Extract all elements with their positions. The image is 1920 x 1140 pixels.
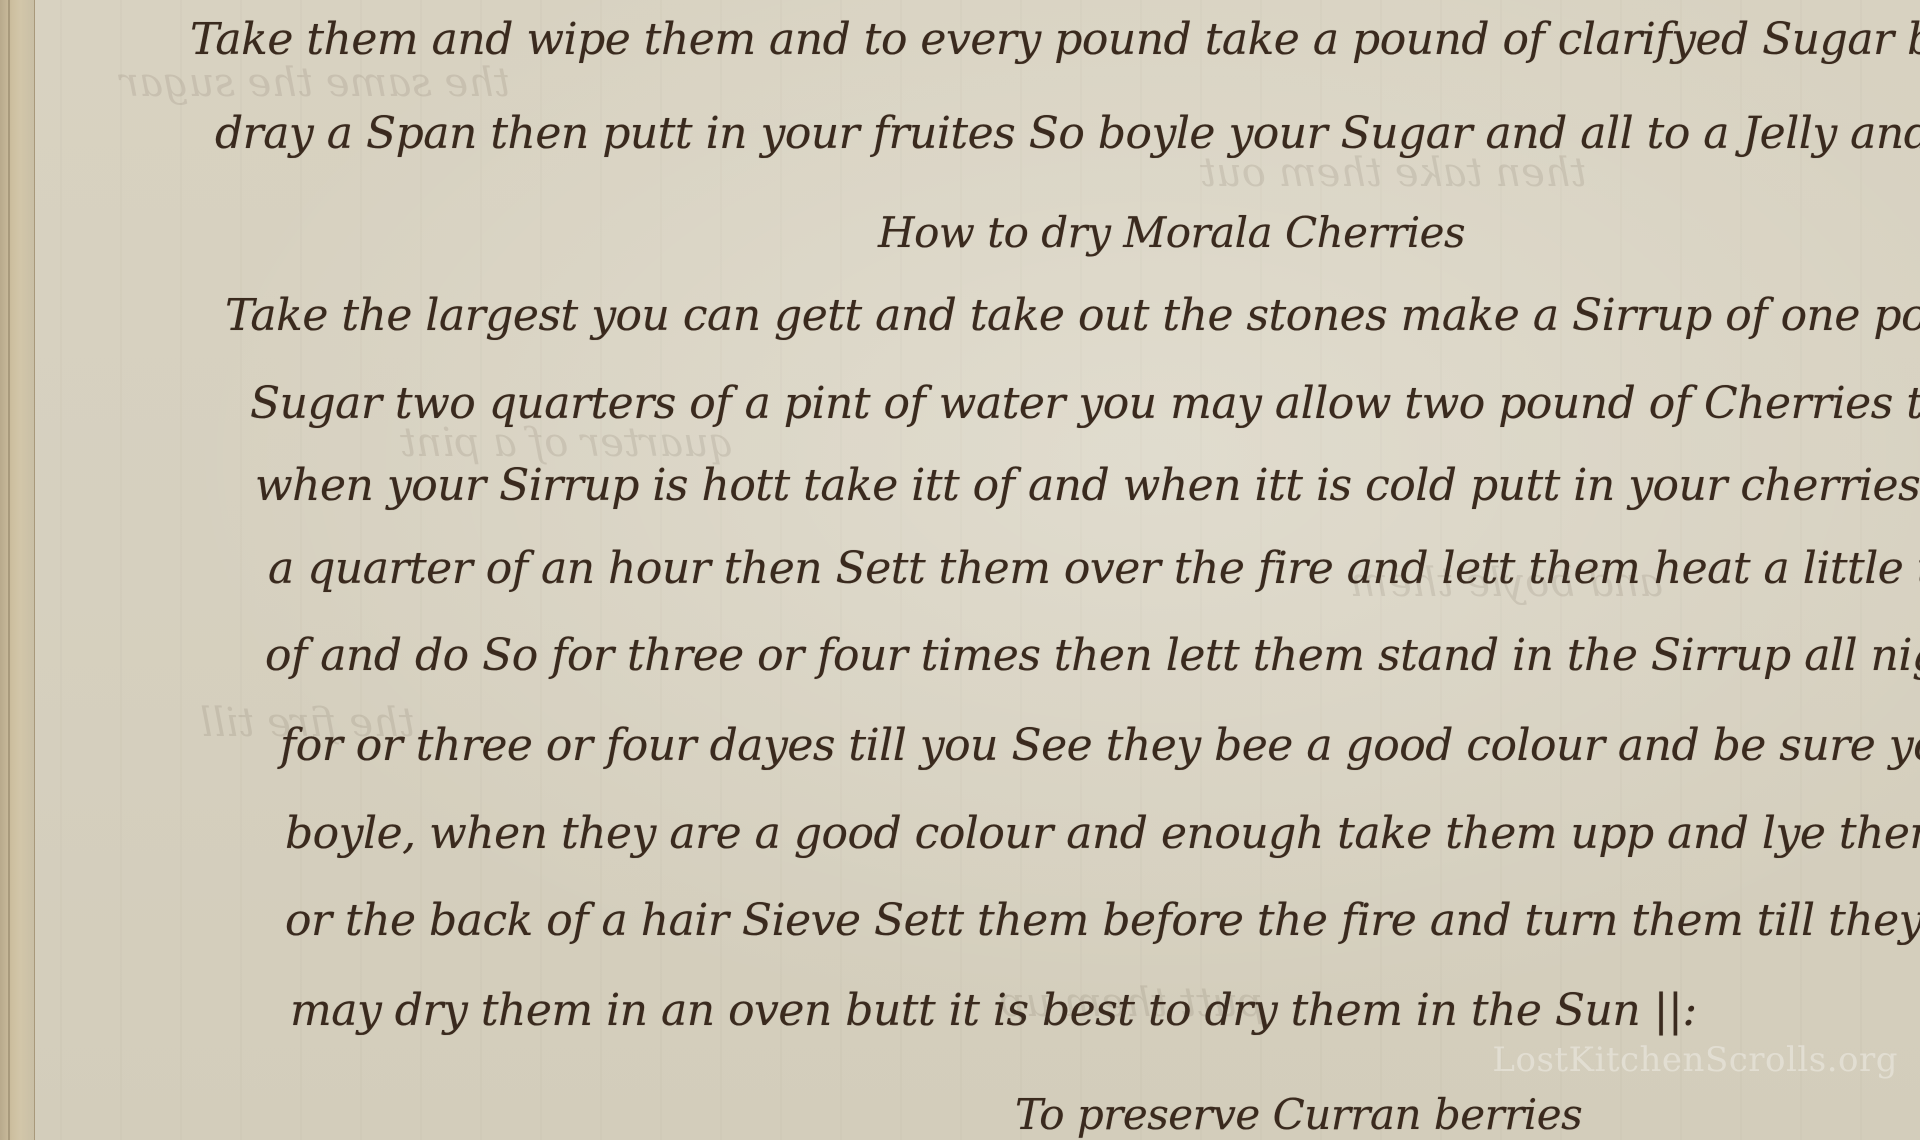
recipe-line: may dry them in an oven butt it is best … bbox=[290, 985, 1697, 1036]
recipe-line: when your Sirrup is hott take itt of and… bbox=[255, 460, 1920, 511]
continuation-line: dray a Span then putt in your fruites So… bbox=[215, 108, 1920, 159]
recipe-line: of and do So for three or four times the… bbox=[265, 630, 1920, 681]
recipe-line: a quarter of an hour then Sett them over… bbox=[268, 543, 1920, 594]
manuscript-page: the same the sugar then take them out qu… bbox=[0, 0, 1920, 1140]
recipe-heading: To preserve Curran berries bbox=[1015, 1090, 1582, 1139]
recipe-line: boyle, when they are a good colour and e… bbox=[285, 808, 1920, 859]
recipe-heading: How to dry Morala Cherries bbox=[878, 208, 1465, 257]
recipe-line: or the back of a hair Sieve Sett them be… bbox=[285, 895, 1920, 946]
recipe-line: Take the largest you can gett and take o… bbox=[225, 290, 1920, 341]
continuation-line: Take them and wipe them and to every pou… bbox=[190, 14, 1920, 65]
recipe-line: Sugar two quarters of a pint of water yo… bbox=[250, 378, 1920, 429]
watermark: LostKitchenScrolls.org bbox=[1492, 1040, 1898, 1080]
page-binding-edge bbox=[0, 0, 35, 1140]
recipe-line: for or three or four dayes till you See … bbox=[280, 720, 1920, 771]
